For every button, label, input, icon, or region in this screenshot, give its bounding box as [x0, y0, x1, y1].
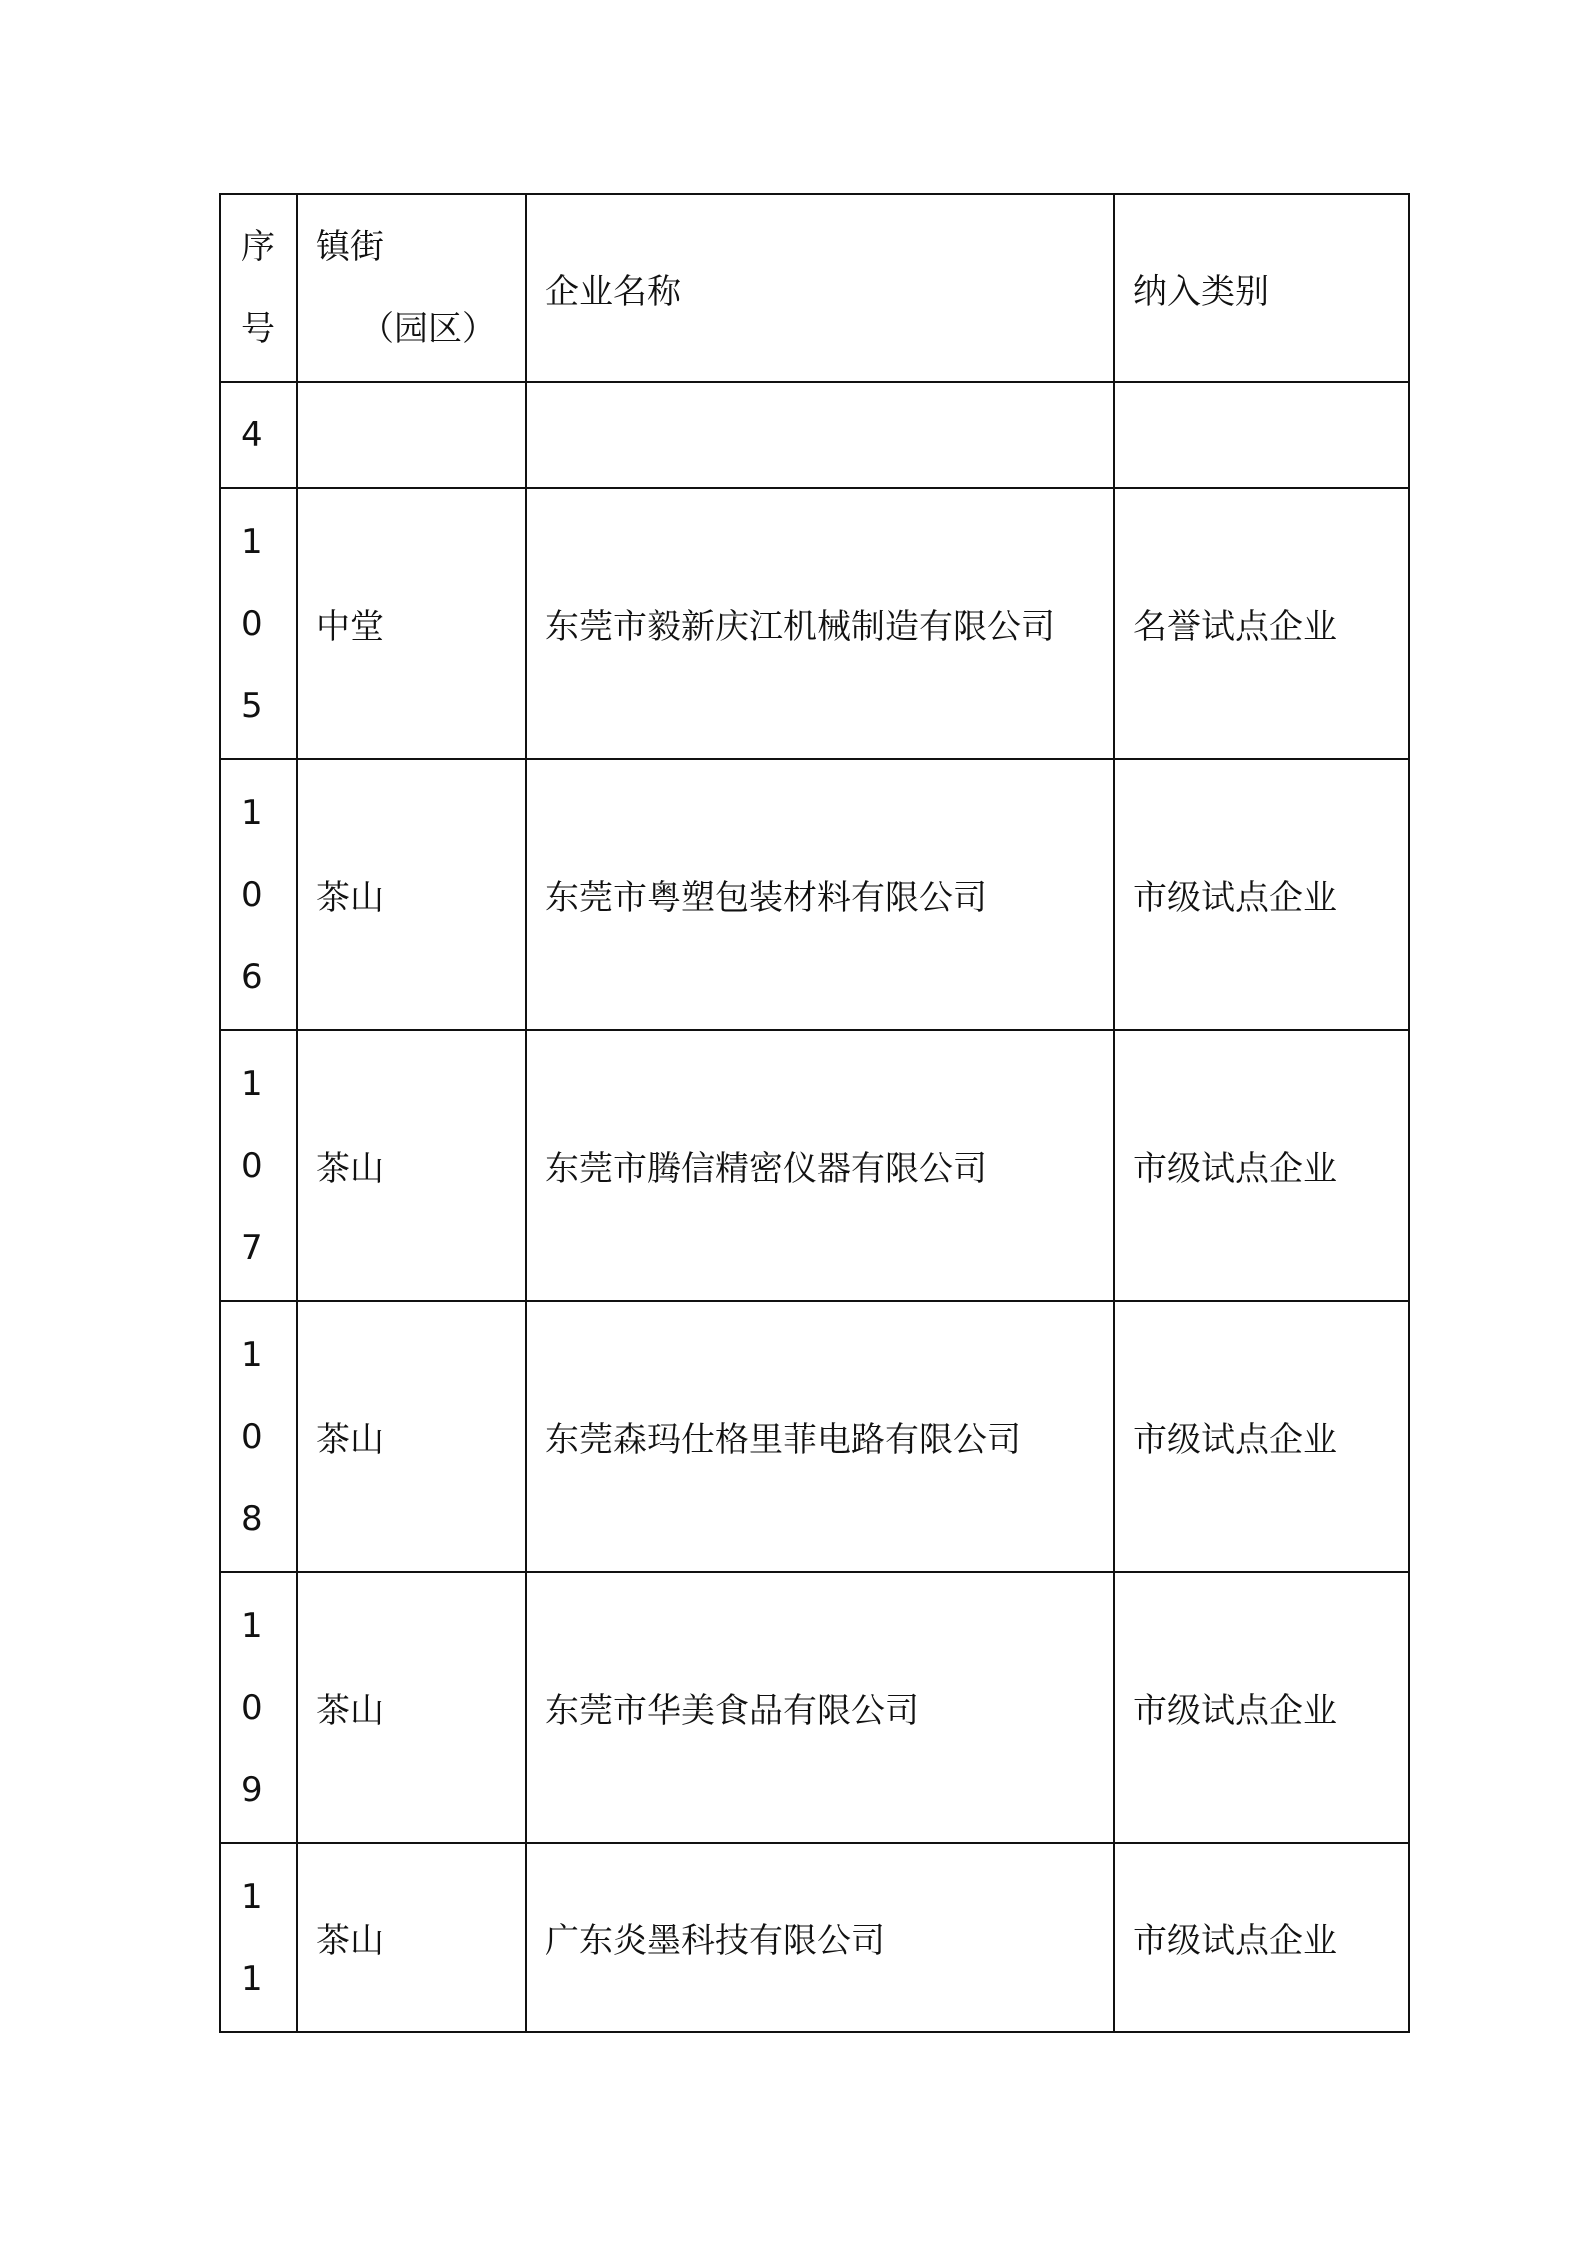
row-category: 市级试点企业 [1114, 1843, 1409, 2032]
table-row: 1 1 茶山 广东炎墨科技有限公司 市级试点企业 [220, 1843, 1409, 2032]
row-town: 茶山 [297, 1030, 526, 1301]
row-seq: 1 0 7 [220, 1030, 297, 1301]
row-category: 市级试点企业 [1114, 1301, 1409, 1572]
seq-digit: 1 [241, 1314, 296, 1396]
header-seq-line1: 序 [241, 206, 296, 288]
seq-digit: 5 [241, 665, 296, 747]
row-town: 茶山 [297, 1301, 526, 1572]
header-seq: 序 号 [220, 194, 297, 382]
row-seq: 1 1 [220, 1843, 297, 2032]
seq-digit: 1 [241, 1043, 296, 1125]
header-seq-line2: 号 [241, 288, 296, 370]
seq-digit: 7 [241, 1207, 296, 1289]
header-company: 企业名称 [526, 194, 1114, 382]
seq-digit: 1 [241, 1938, 296, 2020]
table-row: 4 [220, 382, 1409, 488]
seq-digit: 0 [241, 1125, 296, 1207]
seq-digit: 0 [241, 854, 296, 936]
seq-digit: 8 [241, 1478, 296, 1560]
row-company: 东莞森玛仕格里菲电路有限公司 [526, 1301, 1114, 1572]
row-category: 市级试点企业 [1114, 1572, 1409, 1843]
seq-digit: 0 [241, 1667, 296, 1749]
table-header-row: 序 号 镇街 （园区） 企业名称 纳入类别 [220, 194, 1409, 382]
table-row: 1 0 8 茶山 东莞森玛仕格里菲电路有限公司 市级试点企业 [220, 1301, 1409, 1572]
seq-digit: 0 [241, 583, 296, 665]
row-company [526, 382, 1114, 488]
row-company: 东莞市毅新庆江机械制造有限公司 [526, 488, 1114, 759]
seq-digit: 1 [241, 1856, 296, 1938]
seq-digit: 9 [241, 1749, 296, 1831]
table-row: 1 0 5 中堂 东莞市毅新庆江机械制造有限公司 名誉试点企业 [220, 488, 1409, 759]
row-category [1114, 382, 1409, 488]
enterprise-table: 序 号 镇街 （园区） 企业名称 纳入类别 4 1 0 5 中堂 东莞市毅新庆江… [219, 193, 1410, 2033]
row-town [297, 382, 526, 488]
row-company: 东莞市粤塑包装材料有限公司 [526, 759, 1114, 1030]
table-row: 1 0 7 茶山 东莞市腾信精密仪器有限公司 市级试点企业 [220, 1030, 1409, 1301]
seq-digit: 0 [241, 1396, 296, 1478]
seq-digit: 1 [241, 1585, 296, 1667]
header-town-line2: （园区） [316, 288, 507, 370]
row-town: 中堂 [297, 488, 526, 759]
table-row: 1 0 6 茶山 东莞市粤塑包装材料有限公司 市级试点企业 [220, 759, 1409, 1030]
row-town: 茶山 [297, 759, 526, 1030]
row-seq: 4 [220, 382, 297, 488]
row-town: 茶山 [297, 1843, 526, 2032]
header-town: 镇街 （园区） [297, 194, 526, 382]
seq-digit: 6 [241, 936, 296, 1018]
row-seq: 1 0 6 [220, 759, 297, 1030]
row-seq: 1 0 5 [220, 488, 297, 759]
row-category: 市级试点企业 [1114, 759, 1409, 1030]
row-town: 茶山 [297, 1572, 526, 1843]
seq-digit: 4 [241, 394, 296, 476]
row-company: 东莞市腾信精密仪器有限公司 [526, 1030, 1114, 1301]
row-category: 名誉试点企业 [1114, 488, 1409, 759]
seq-digit: 1 [241, 501, 296, 583]
table-row: 1 0 9 茶山 东莞市华美食品有限公司 市级试点企业 [220, 1572, 1409, 1843]
row-seq: 1 0 8 [220, 1301, 297, 1572]
header-town-line1: 镇街 [316, 206, 507, 288]
row-company: 东莞市华美食品有限公司 [526, 1572, 1114, 1843]
seq-digit: 1 [241, 772, 296, 854]
row-company: 广东炎墨科技有限公司 [526, 1843, 1114, 2032]
header-category: 纳入类别 [1114, 194, 1409, 382]
row-category: 市级试点企业 [1114, 1030, 1409, 1301]
row-seq: 1 0 9 [220, 1572, 297, 1843]
